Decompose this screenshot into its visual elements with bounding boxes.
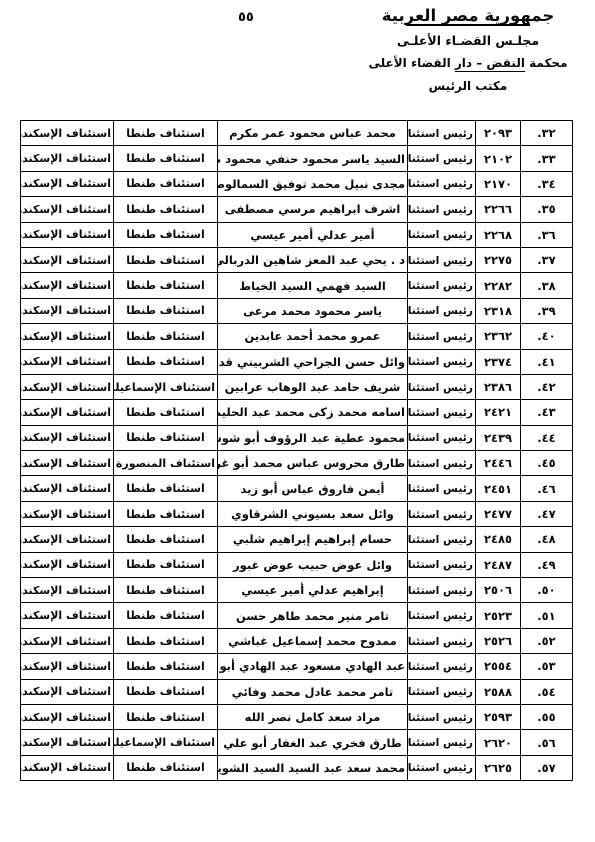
grade-cell: رئيس استئناف [408, 552, 476, 577]
grade-cell: رئيس استئناف [408, 501, 476, 526]
from-court-cell: استئناف طنطا [114, 222, 218, 247]
seniority-number-cell: ٢٥٢٣ [476, 603, 521, 628]
table-row: ٣٥. ٢٢٦٦ رئيس استئناف اشرف ابراهيم مرسي … [21, 197, 573, 222]
table-row: ٣٨. ٢٢٨٢ رئيس استئناف السيد فهمي السيد ا… [21, 273, 573, 298]
judge-name-cell: وائل حسن الجراحي الشربيني قديح [218, 349, 408, 374]
from-court-cell: استئناف طنطا [114, 578, 218, 603]
from-court-cell: استئناف طنطا [114, 324, 218, 349]
from-court-cell: استئناف طنطا [114, 400, 218, 425]
from-court-cell: استئناف طنطا [114, 654, 218, 679]
grade-cell: رئيس استئناف [408, 755, 476, 780]
from-court-cell: استئناف الإسماعيلية [114, 374, 218, 399]
assignments-table: ٣٢. ٢٠٩٣ رئيس استئناف محمد عباس محمود عم… [20, 120, 573, 781]
judge-name-cell: وائل عوض حبيب عوض غبور [218, 552, 408, 577]
to-court-cell: استئناف الإسكندرية [21, 146, 114, 171]
serial-cell: ٣٢. [521, 121, 573, 146]
table-row: ٥٣. ٢٥٥٤ رئيس استئناف عبد الهادي مسعود ع… [21, 654, 573, 679]
seniority-number-cell: ٢٤٨٥ [476, 527, 521, 552]
table-row: ٤٢. ٢٣٨٦ رئيس استئناف شريف حامد عبد الوه… [21, 374, 573, 399]
table-row: ٤٦. ٢٤٥١ رئيس استئناف أيمن فاروق عباس أب… [21, 476, 573, 501]
seniority-number-cell: ٢٥٥٤ [476, 654, 521, 679]
seniority-number-cell: ٢٦٢٠ [476, 730, 521, 755]
seniority-number-cell: ٢٦٢٥ [476, 755, 521, 780]
judge-name-cell: شريف حامد عبد الوهاب عرابين [218, 374, 408, 399]
grade-cell: رئيس استئناف [408, 654, 476, 679]
judge-name-cell: أمير عدلي أمير عيسي [218, 222, 408, 247]
from-court-cell: استئناف طنطا [114, 171, 218, 196]
table-row: ٤١. ٢٣٧٤ رئيس استئناف وائل حسن الجراحي ا… [21, 349, 573, 374]
table-row: ٣٤. ٢١٧٠ رئيس استئناف مجدى نبيل محمد توف… [21, 171, 573, 196]
judge-name-cell: تامر محمد عادل محمد وفائي [218, 679, 408, 704]
from-court-cell: استئناف طنطا [114, 349, 218, 374]
grade-cell: رئيس استئناف [408, 704, 476, 729]
judge-name-cell: عبد الهادي مسعود عبد الهادي أبو طالب [218, 654, 408, 679]
judge-name-cell: طارق فخري عبد الغفار أبو علي [218, 730, 408, 755]
from-court-cell: استئناف طنطا [114, 755, 218, 780]
table-row: ٥٦. ٢٦٢٠ رئيس استئناف طارق فخري عبد الغف… [21, 730, 573, 755]
seniority-number-cell: ٢٥٨٨ [476, 679, 521, 704]
from-court-cell: استئناف طنطا [114, 628, 218, 653]
table-row: ٤٣. ٢٤٢١ رئيس استئناف اسامه محمد زكى محم… [21, 400, 573, 425]
to-court-cell: استئناف الإسكندرية [21, 654, 114, 679]
seniority-number-cell: ٢٣٧٤ [476, 349, 521, 374]
to-court-cell: استئناف الإسكندرية [21, 730, 114, 755]
seniority-number-cell: ٢٥٢٦ [476, 628, 521, 653]
seniority-number-cell: ٢٢٧٥ [476, 247, 521, 272]
grade-cell: رئيس استئناف [408, 171, 476, 196]
court-line-pre: محكمة [525, 56, 568, 70]
judge-name-cell: ممدوح محمد إسماعيل غباشي [218, 628, 408, 653]
judge-name-cell: إبراهيم عدلي أمير عيسي [218, 578, 408, 603]
judge-name-cell: حسام إبراهيم إبراهيم شلبي [218, 527, 408, 552]
seniority-number-cell: ٢٥٠٦ [476, 578, 521, 603]
document-header: جمهورية مصر العربية مجلـس القضـاء الأعلـ… [363, 6, 573, 93]
table-row: ٣٢. ٢٠٩٣ رئيس استئناف محمد عباس محمود عم… [21, 121, 573, 146]
serial-cell: ٥٦. [521, 730, 573, 755]
seniority-number-cell: ٢٤٣٩ [476, 425, 521, 450]
judge-name-cell: أيمن فاروق عباس أبو زيد [218, 476, 408, 501]
to-court-cell: استئناف الإسكندرية [21, 578, 114, 603]
seniority-number-cell: ٢٢٦٦ [476, 197, 521, 222]
from-court-cell: استئناف طنطا [114, 146, 218, 171]
grade-cell: رئيس استئناف [408, 476, 476, 501]
serial-cell: ٣٧. [521, 247, 573, 272]
seniority-number-cell: ٢٥٩٣ [476, 704, 521, 729]
from-court-cell: استئناف طنطا [114, 552, 218, 577]
judge-name-cell: السيد ياسر محمود حنفي محمود صالح [218, 146, 408, 171]
table-row: ٥٤. ٢٥٨٨ رئيس استئناف تامر محمد عادل محم… [21, 679, 573, 704]
to-court-cell: استئناف الإسكندرية [21, 121, 114, 146]
to-court-cell: استئناف الإسكندرية [21, 501, 114, 526]
from-court-cell: استئناف طنطا [114, 476, 218, 501]
seniority-number-cell: ٢٣٦٢ [476, 324, 521, 349]
to-court-cell: استئناف الإسكندرية [21, 704, 114, 729]
to-court-cell: استئناف الإسكندرية [21, 552, 114, 577]
from-court-cell: استئناف طنطا [114, 501, 218, 526]
judge-name-cell: ياسر محمود محمد مرعى [218, 298, 408, 323]
serial-cell: ٤٧. [521, 501, 573, 526]
grade-cell: رئيس استئناف [408, 679, 476, 704]
serial-cell: ٥٠. [521, 578, 573, 603]
serial-cell: ٤٨. [521, 527, 573, 552]
republic-logo-line: جمهورية مصر العربية [363, 6, 573, 26]
grade-cell: رئيس استئناف [408, 324, 476, 349]
serial-cell: ٥٢. [521, 628, 573, 653]
grade-cell: رئيس استئناف [408, 527, 476, 552]
from-court-cell: استئناف طنطا [114, 197, 218, 222]
republic-logo-text: جمهورية مصر العربية [382, 6, 555, 26]
table-row: ٥٠. ٢٥٠٦ رئيس استئناف إبراهيم عدلي أمير … [21, 578, 573, 603]
to-court-cell: استئناف الإسكندرية [21, 273, 114, 298]
judge-name-cell: مراد سعد كامل نصر الله [218, 704, 408, 729]
seniority-number-cell: ٢٣١٨ [476, 298, 521, 323]
page-number: ٥٥ [238, 10, 254, 25]
to-court-cell: استئناف الإسكندرية [21, 349, 114, 374]
serial-cell: ٣٨. [521, 273, 573, 298]
serial-cell: ٤٤. [521, 425, 573, 450]
from-court-cell: استئناف طنطا [114, 679, 218, 704]
serial-cell: ٤٥. [521, 451, 573, 476]
serial-cell: ٥٤. [521, 679, 573, 704]
judge-name-cell: عمرو محمد أحمد عابدين [218, 324, 408, 349]
serial-cell: ٥٣. [521, 654, 573, 679]
seniority-number-cell: ٢٢٨٢ [476, 273, 521, 298]
table-row: ٥٧. ٢٦٢٥ رئيس استئناف محمد سعد عبد السيد… [21, 755, 573, 780]
court-line-underlined: النقض – دار [455, 56, 525, 72]
grade-cell: رئيس استئناف [408, 222, 476, 247]
from-court-cell: استئناف طنطا [114, 247, 218, 272]
serial-cell: ٣٥. [521, 197, 573, 222]
judge-name-cell: د . يحي عبد المعز شاهين الدربالي [218, 247, 408, 272]
judge-name-cell: السيد فهمي السيد الخياط [218, 273, 408, 298]
judge-name-cell: محمود عطية عبد الرؤوف أبو شوشة [218, 425, 408, 450]
grade-cell: رئيس استئناف [408, 273, 476, 298]
grade-cell: رئيس استئناف [408, 197, 476, 222]
grade-cell: رئيس استئناف [408, 451, 476, 476]
grade-cell: رئيس استئناف [408, 400, 476, 425]
to-court-cell: استئناف الإسكندرية [21, 755, 114, 780]
to-court-cell: استئناف الإسكندرية [21, 222, 114, 247]
grade-cell: رئيس استئناف [408, 425, 476, 450]
to-court-cell: استئناف الإسكندرية [21, 679, 114, 704]
council-line: مجلـس القضـاء الأعلـى [363, 33, 573, 48]
serial-cell: ٥١. [521, 603, 573, 628]
court-line: محكمة النقض – دار القضاء الأعلى [363, 56, 573, 70]
seniority-number-cell: ٢٣٨٦ [476, 374, 521, 399]
to-court-cell: استئناف الإسكندرية [21, 324, 114, 349]
from-court-cell: استئناف طنطا [114, 704, 218, 729]
table-row: ٤٠. ٢٣٦٢ رئيس استئناف عمرو محمد أحمد عاب… [21, 324, 573, 349]
seniority-number-cell: ٢١٧٠ [476, 171, 521, 196]
from-court-cell: استئناف طنطا [114, 603, 218, 628]
grade-cell: رئيس استئناف [408, 730, 476, 755]
to-court-cell: استئناف الإسكندرية [21, 527, 114, 552]
table-row: ٤٤. ٢٤٣٩ رئيس استئناف محمود عطية عبد الر… [21, 425, 573, 450]
to-court-cell: استئناف الإسكندرية [21, 298, 114, 323]
table-row: ٤٩. ٢٤٨٧ رئيس استئناف وائل عوض حبيب عوض … [21, 552, 573, 577]
from-court-cell: استئناف المنصورة [114, 451, 218, 476]
seniority-number-cell: ٢٤٤٦ [476, 451, 521, 476]
judge-name-cell: طارق محروس عباس محمد أبو غريب [218, 451, 408, 476]
table-row: ٥٥. ٢٥٩٣ رئيس استئناف مراد سعد كامل نصر … [21, 704, 573, 729]
table-row: ٣٧. ٢٢٧٥ رئيس استئناف د . يحي عبد المعز … [21, 247, 573, 272]
serial-cell: ٤٠. [521, 324, 573, 349]
table-row: ٣٣. ٢١٠٢ رئيس استئناف السيد ياسر محمود ح… [21, 146, 573, 171]
seniority-number-cell: ٢٢٦٨ [476, 222, 521, 247]
seniority-number-cell: ٢٤٧٧ [476, 501, 521, 526]
to-court-cell: استئناف الإسكندرية [21, 603, 114, 628]
to-court-cell: استئناف الإسكندرية [21, 476, 114, 501]
table-row: ٤٥. ٢٤٤٦ رئيس استئناف طارق محروس عباس مح… [21, 451, 573, 476]
judge-name-cell: اسامه محمد زكى محمد عبد الحليم زكى [218, 400, 408, 425]
from-court-cell: استئناف طنطا [114, 425, 218, 450]
table-row: ٥١. ٢٥٢٣ رئيس استئناف تامر منير محمد طاه… [21, 603, 573, 628]
from-court-cell: استئناف الإسماعيلية [114, 730, 218, 755]
grade-cell: رئيس استئناف [408, 349, 476, 374]
office-line: مكتب الرئيس [363, 79, 573, 93]
grade-cell: رئيس استئناف [408, 247, 476, 272]
judge-name-cell: محمد عباس محمود عمر مكرم [218, 121, 408, 146]
grade-cell: رئيس استئناف [408, 578, 476, 603]
serial-cell: ٣٣. [521, 146, 573, 171]
assignments-table-container: ٣٢. ٢٠٩٣ رئيس استئناف محمد عباس محمود عم… [20, 120, 573, 781]
serial-cell: ٥٥. [521, 704, 573, 729]
serial-cell: ٣٩. [521, 298, 573, 323]
grade-cell: رئيس استئناف [408, 603, 476, 628]
assignments-table-body: ٣٢. ٢٠٩٣ رئيس استئناف محمد عباس محمود عم… [21, 121, 573, 781]
serial-cell: ٣٤. [521, 171, 573, 196]
grade-cell: رئيس استئناف [408, 628, 476, 653]
document-page: { "page": { "number": "٥٥" }, "header": … [0, 0, 595, 842]
serial-cell: ٥٧. [521, 755, 573, 780]
judge-name-cell: تامر منير محمد طاهر حسن [218, 603, 408, 628]
to-court-cell: استئناف الإسكندرية [21, 374, 114, 399]
from-court-cell: استئناف طنطا [114, 273, 218, 298]
seniority-number-cell: ٢١٠٢ [476, 146, 521, 171]
seniority-number-cell: ٢٤٢١ [476, 400, 521, 425]
seniority-number-cell: ٢٠٩٣ [476, 121, 521, 146]
table-row: ٣٩. ٢٣١٨ رئيس استئناف ياسر محمود محمد مر… [21, 298, 573, 323]
judge-name-cell: وائل سعد بسيوني الشرقاوي [218, 501, 408, 526]
serial-cell: ٤٦. [521, 476, 573, 501]
serial-cell: ٤٢. [521, 374, 573, 399]
serial-cell: ٣٦. [521, 222, 573, 247]
seniority-number-cell: ٢٤٨٧ [476, 552, 521, 577]
judge-name-cell: مجدى نبيل محمد توفيق السمالوطى [218, 171, 408, 196]
to-court-cell: استئناف الإسكندرية [21, 425, 114, 450]
seniority-number-cell: ٢٤٥١ [476, 476, 521, 501]
table-row: ٣٦. ٢٢٦٨ رئيس استئناف أمير عدلي أمير عيس… [21, 222, 573, 247]
to-court-cell: استئناف الإسكندرية [21, 628, 114, 653]
to-court-cell: استئناف الإسكندرية [21, 400, 114, 425]
from-court-cell: استئناف طنطا [114, 121, 218, 146]
table-row: ٤٨. ٢٤٨٥ رئيس استئناف حسام إبراهيم إبراه… [21, 527, 573, 552]
table-row: ٤٧. ٢٤٧٧ رئيس استئناف وائل سعد بسيوني ال… [21, 501, 573, 526]
court-line-post: القضاء الأعلى [369, 56, 455, 70]
to-court-cell: استئناف الإسكندرية [21, 247, 114, 272]
to-court-cell: استئناف الإسكندرية [21, 171, 114, 196]
grade-cell: رئيس استئناف [408, 298, 476, 323]
table-row: ٥٢. ٢٥٢٦ رئيس استئناف ممدوح محمد إسماعيل… [21, 628, 573, 653]
from-court-cell: استئناف طنطا [114, 298, 218, 323]
serial-cell: ٤٩. [521, 552, 573, 577]
grade-cell: رئيس استئناف [408, 374, 476, 399]
serial-cell: ٤١. [521, 349, 573, 374]
to-court-cell: استئناف الإسكندرية [21, 451, 114, 476]
to-court-cell: استئناف الإسكندرية [21, 197, 114, 222]
grade-cell: رئيس استئناف [408, 121, 476, 146]
judge-name-cell: محمد سعد عبد السيد السيد الشويخ [218, 755, 408, 780]
from-court-cell: استئناف طنطا [114, 527, 218, 552]
judge-name-cell: اشرف ابراهيم مرسي مصطفى [218, 197, 408, 222]
grade-cell: رئيس استئناف [408, 146, 476, 171]
serial-cell: ٤٣. [521, 400, 573, 425]
